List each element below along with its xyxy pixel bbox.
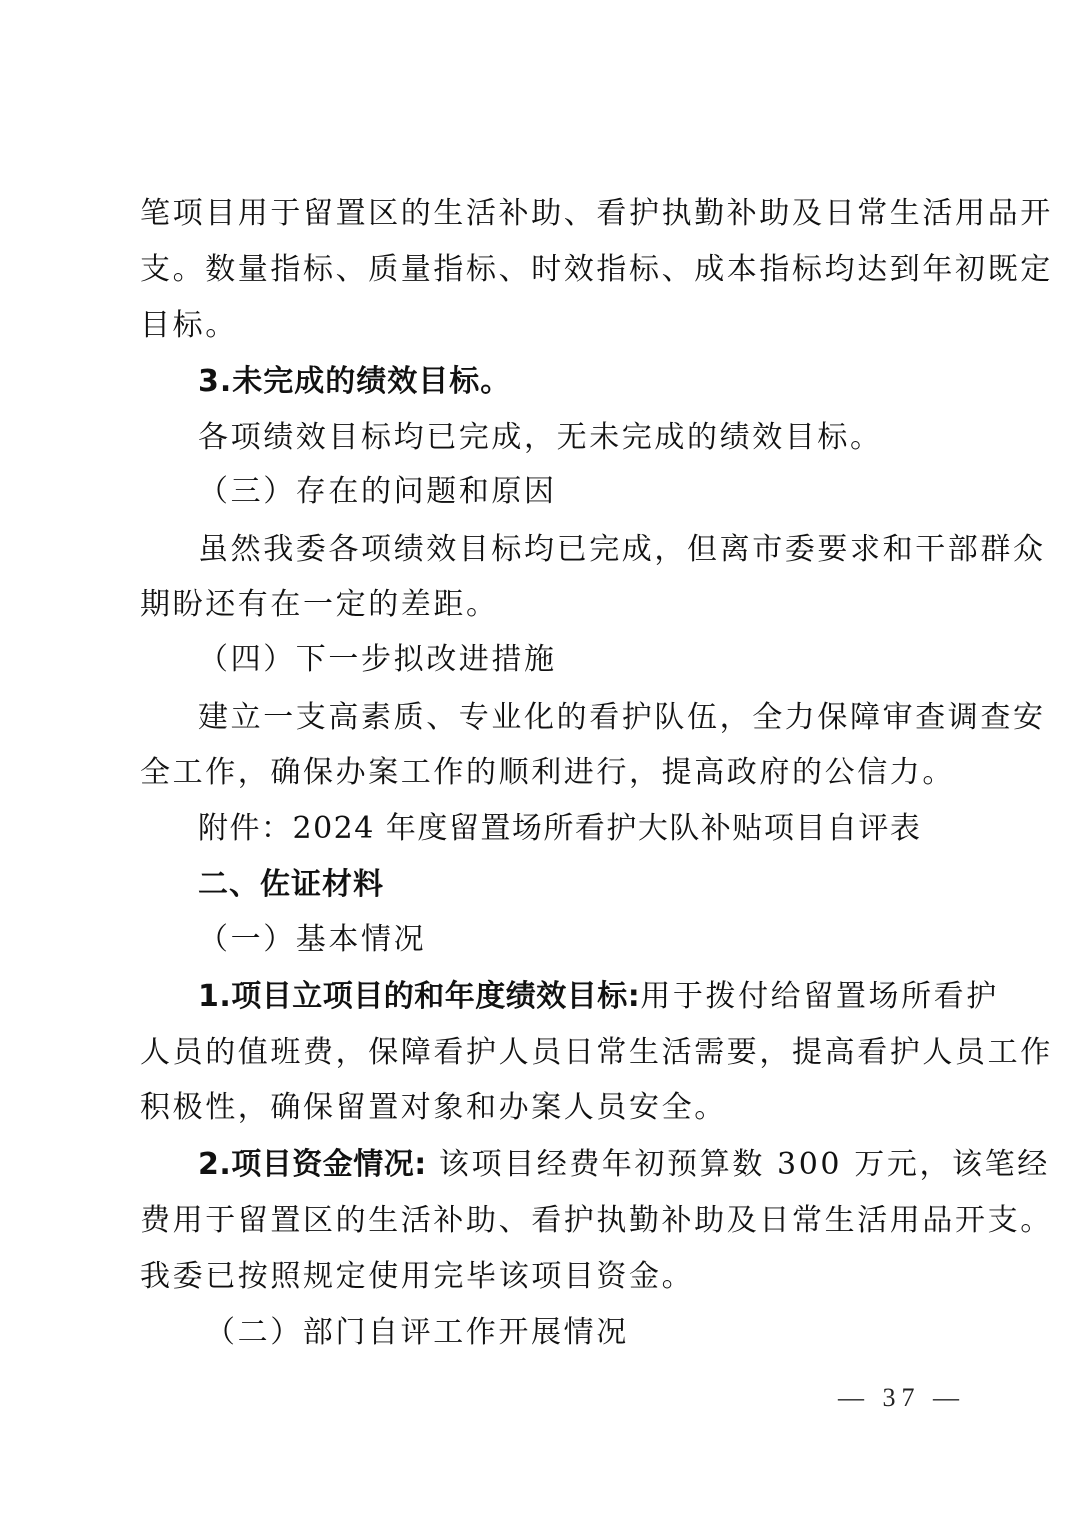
document-page: 笔项目用于留置区的生活补助、看护执勤补助及日常生活用品开 支。数量指标、质量指标… (0, 0, 1074, 1520)
section-heading-improvements: （四）下一步拟改进措施 (198, 640, 940, 680)
paragraph-line: 各项绩效目标均已完成，无未完成的绩效目标。 (198, 418, 940, 458)
section-heading-problems: （三）存在的问题和原因 (198, 472, 940, 512)
item-text: 用于拨付给留置场所看护 (640, 979, 999, 1014)
paragraph-line: 人员的值班费，保障看护人员日常生活需要，提高看护人员工作 (140, 1033, 940, 1073)
paragraph-line: 我委已按照规定使用完毕该项目资金。 (140, 1257, 940, 1297)
paragraph-line: 目标。 (140, 306, 940, 346)
item-text: 该项目经费年初预算数 300 万元，该笔经 (427, 1147, 1050, 1182)
paragraph-line: 费用于留置区的生活补助、看护执勤补助及日常生活用品开支。 (140, 1201, 940, 1241)
page-number: — 37 — (838, 1382, 965, 1414)
section-heading-unfinished-goals: 3.未完成的绩效目标。 (198, 362, 940, 402)
paragraph-line: 建立一支高素质、专业化的看护队伍，全力保障审查调查安 (198, 698, 940, 738)
item-label: 1.项目立项目的和年度绩效目标: (198, 979, 640, 1014)
item-project-goals: 1.项目立项目的和年度绩效目标:用于拨付给留置场所看护 (198, 977, 940, 1017)
paragraph-line: 笔项目用于留置区的生活补助、看护执勤补助及日常生活用品开 (140, 194, 940, 234)
section-heading-evidence: 二、佐证材料 (198, 865, 940, 905)
attachment-line: 附件：2024 年度留置场所看护大队补贴项目自评表 (198, 809, 940, 849)
item-project-funds: 2.项目资金情况: 该项目经费年初预算数 300 万元，该笔经 (198, 1145, 940, 1185)
paragraph-line: 积极性，确保留置对象和办案人员安全。 (140, 1088, 940, 1128)
paragraph-line: 支。数量指标、质量指标、时效指标、成本指标均达到年初既定 (140, 250, 940, 290)
paragraph-line: 全工作，确保办案工作的顺利进行，提高政府的公信力。 (140, 753, 940, 793)
section-heading-basic-info: （一）基本情况 (198, 920, 940, 960)
paragraph-line: 虽然我委各项绩效目标均已完成，但离市委要求和干部群众 (198, 530, 940, 570)
item-label: 2.项目资金情况: (198, 1147, 427, 1182)
paragraph-line: 期盼还有在一定的差距。 (140, 585, 940, 625)
section-heading-self-evaluation: （二）部门自评工作开展情况 (205, 1313, 1005, 1353)
